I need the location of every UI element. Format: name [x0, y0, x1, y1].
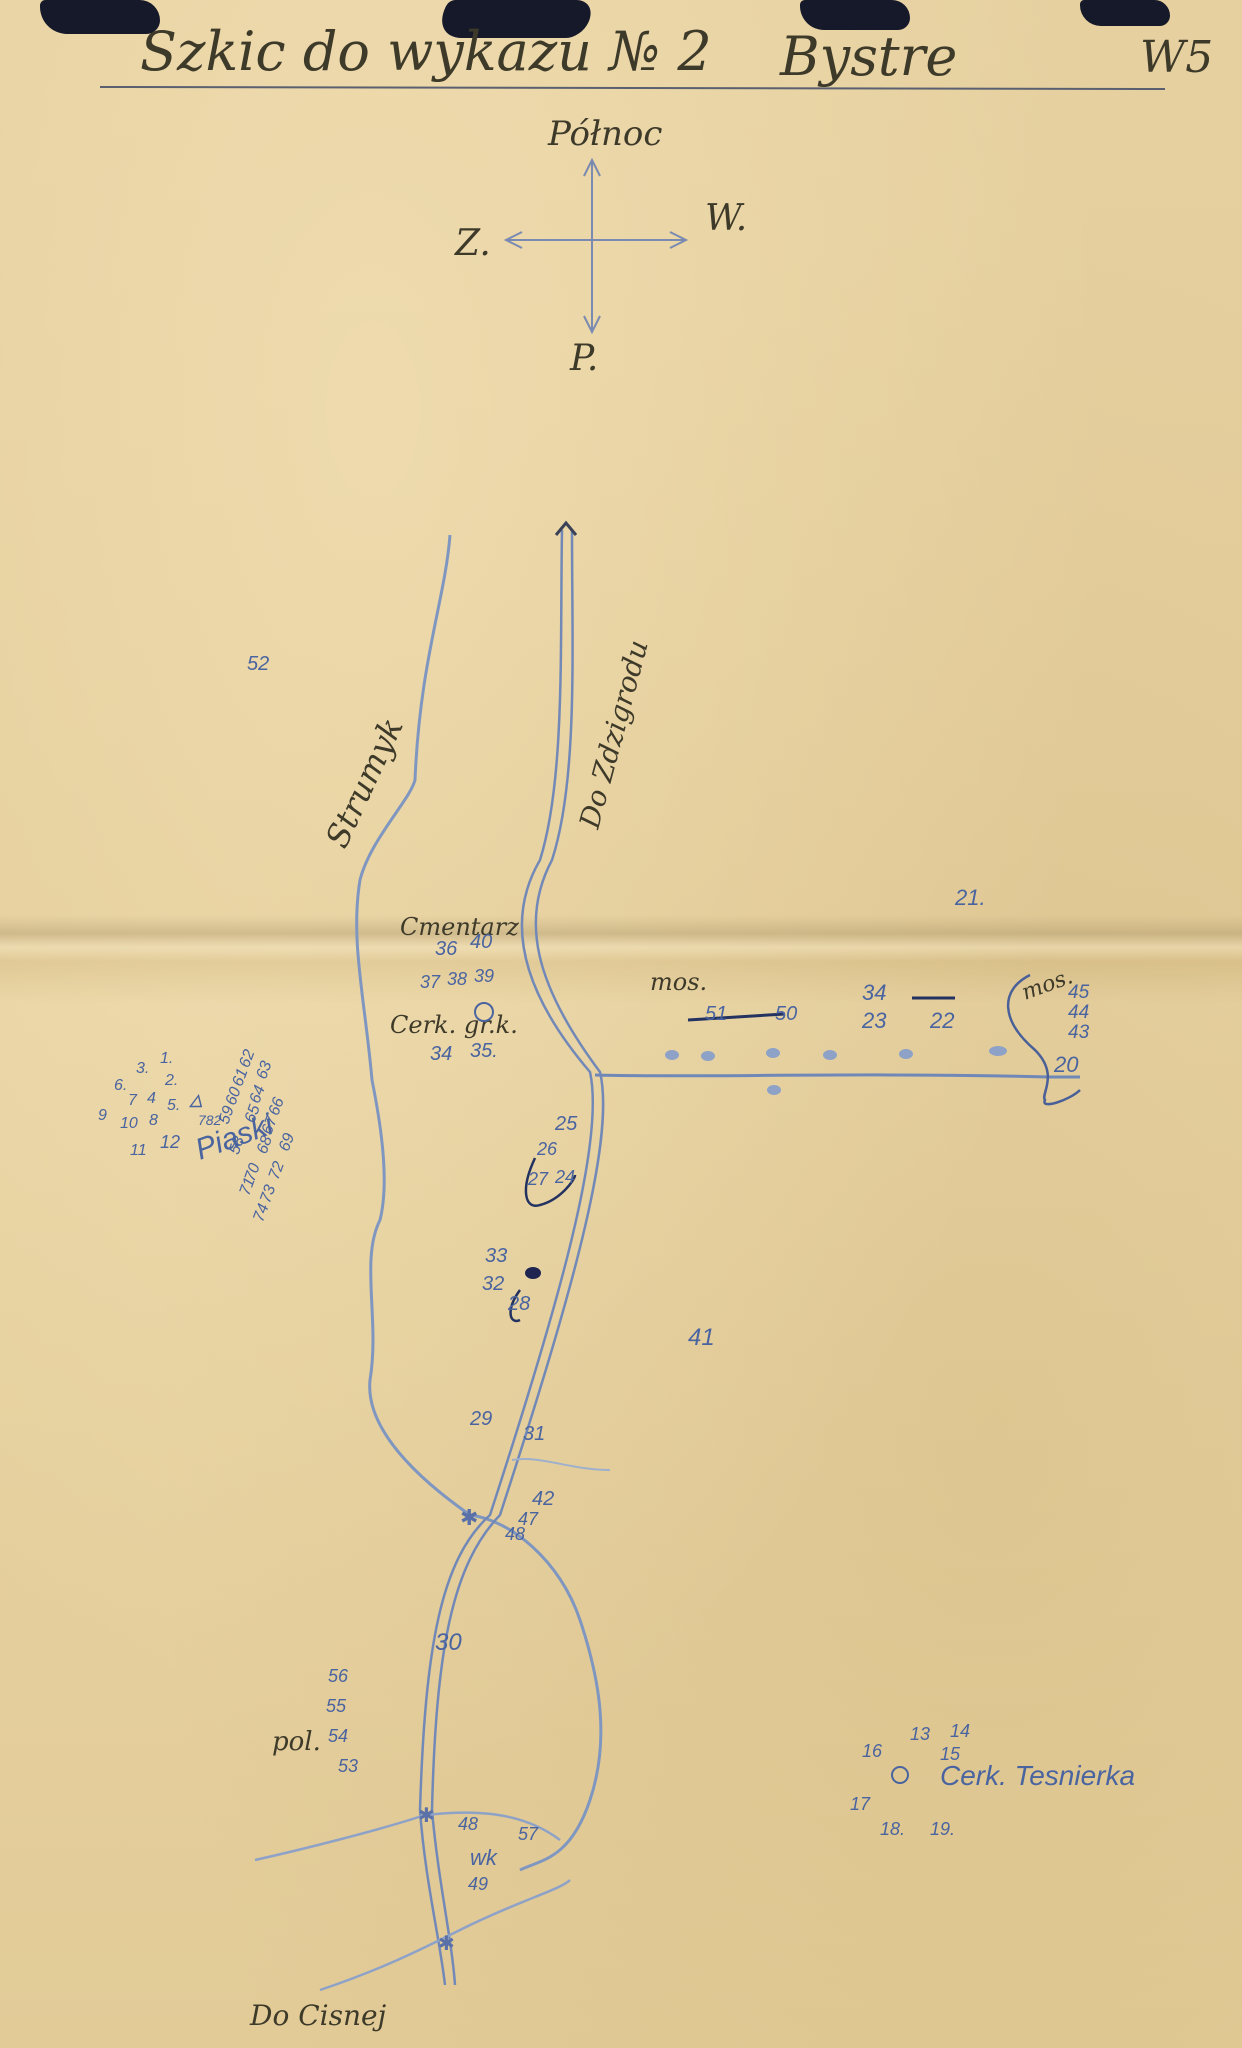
svg-text:55: 55 [326, 1696, 347, 1716]
svg-text:10: 10 [120, 1115, 138, 1132]
svg-text:12: 12 [160, 1132, 180, 1152]
sketch-map: Szkic do wykazu № 2 Bystre W5 Północ Z. … [0, 0, 1242, 2048]
svg-text:73: 73 [257, 1183, 279, 1206]
mos-top-label: mos. [650, 968, 707, 996]
crossing-mark-icon: ✱ [460, 1505, 478, 1530]
svg-text:50: 50 [775, 1003, 797, 1025]
svg-text:48: 48 [458, 1814, 478, 1834]
svg-text:11: 11 [130, 1142, 147, 1159]
compass-west: Z. [454, 223, 491, 264]
village-name: Bystre [779, 25, 957, 88]
svg-text:44: 44 [1068, 1002, 1089, 1023]
svg-text:64: 64 [247, 1083, 269, 1106]
svg-text:19.: 19. [930, 1819, 955, 1839]
main-road [420, 530, 603, 1985]
church-symbol-icon [892, 1767, 908, 1783]
tesnierka-label: Cerk. Tesnierka [940, 1760, 1135, 1791]
parcel-number: 41 [688, 1324, 715, 1351]
cemetery-label: Cmentarz [400, 913, 519, 941]
svg-text:△: △ [188, 1092, 203, 1109]
svg-text:51: 51 [705, 1003, 727, 1025]
svg-text:31: 31 [523, 1423, 545, 1445]
road-north-label: Do Zdzigrodu [573, 636, 655, 832]
parcel-number: 30 [435, 1629, 462, 1656]
svg-text:54: 54 [328, 1726, 348, 1746]
svg-text:66: 66 [266, 1095, 288, 1118]
svg-text:53: 53 [338, 1756, 358, 1776]
svg-text:3.: 3. [136, 1060, 149, 1077]
svg-text:13: 13 [910, 1724, 930, 1744]
svg-text:24: 24 [554, 1167, 575, 1187]
map-title: Szkic do wykazu № 2 [140, 20, 712, 83]
sheet-code: W5 [1140, 32, 1213, 83]
header-rule [100, 87, 1165, 89]
svg-text:8: 8 [149, 1112, 158, 1129]
svg-text:32: 32 [482, 1273, 504, 1295]
svg-text:56: 56 [328, 1666, 349, 1686]
svg-text:5.: 5. [167, 1097, 180, 1114]
svg-text:29: 29 [469, 1408, 492, 1430]
svg-text:20: 20 [1053, 1052, 1079, 1077]
compass-south: P. [569, 338, 598, 379]
wk-label: wk [470, 1845, 498, 1870]
svg-text:22: 22 [929, 1008, 954, 1033]
compass-rose-icon [506, 160, 686, 332]
compass-north: Północ [547, 114, 662, 154]
svg-text:28: 28 [507, 1293, 530, 1315]
svg-text:2.: 2. [164, 1072, 178, 1089]
svg-text:25: 25 [554, 1113, 578, 1135]
svg-text:9: 9 [98, 1107, 107, 1124]
svg-text:63: 63 [253, 1059, 275, 1082]
svg-text:61: 61 [229, 1066, 251, 1089]
strike-line [688, 1014, 785, 1020]
svg-text:6.: 6. [114, 1077, 127, 1094]
svg-text:62: 62 [236, 1047, 258, 1070]
east-road-numbers: 51 50 34 22 23 [705, 980, 954, 1033]
east-road [595, 1075, 1080, 1077]
svg-text:36: 36 [435, 938, 458, 960]
svg-text:48: 48 [505, 1524, 525, 1544]
road-arrow-icon [556, 523, 576, 535]
stream-label: Strumyk [318, 712, 411, 854]
svg-text:14: 14 [950, 1721, 970, 1741]
map-sheet: Szkic do wykazu № 2 Bystre W5 Północ Z. … [0, 0, 1242, 2048]
parcel-number: 52 [247, 653, 269, 675]
church-label: Cerk. gr.k. [390, 1011, 518, 1039]
svg-text:42: 42 [532, 1488, 554, 1510]
svg-text:34: 34 [862, 980, 886, 1005]
svg-text:23: 23 [861, 1008, 887, 1033]
svg-text:1.: 1. [160, 1050, 173, 1067]
svg-text:34: 34 [430, 1043, 452, 1065]
svg-text:18.: 18. [880, 1819, 905, 1839]
svg-text:17: 17 [850, 1794, 871, 1814]
parcel-number: 21. [954, 885, 986, 910]
svg-text:45: 45 [1068, 982, 1090, 1003]
bottom-stream [255, 1813, 560, 1860]
svg-text:49: 49 [468, 1874, 488, 1894]
svg-text:38: 38 [447, 969, 467, 989]
svg-text:69: 69 [276, 1131, 298, 1154]
svg-text:33: 33 [485, 1245, 507, 1267]
house-markers [665, 1046, 1007, 1095]
road-mid-numbers: 25 26 27 24 33 32 28 [482, 1113, 578, 1315]
crossing-mark-icon: ✱ [418, 1805, 435, 1827]
svg-text:15: 15 [940, 1744, 961, 1764]
side-stream [512, 1459, 610, 1470]
svg-text:72: 72 [266, 1159, 288, 1182]
svg-text:40: 40 [470, 931, 492, 953]
svg-text:39: 39 [474, 966, 494, 986]
svg-text:4: 4 [147, 1090, 156, 1107]
pol-label: pol. [272, 1727, 321, 1757]
svg-text:7: 7 [128, 1092, 138, 1109]
svg-text:57: 57 [518, 1824, 539, 1844]
svg-text:27: 27 [527, 1169, 549, 1189]
compass-east: W. [705, 198, 747, 239]
svg-text:43: 43 [1068, 1022, 1090, 1043]
east-end-numbers: 45 44 43 20 [1053, 982, 1090, 1077]
cemetery-numbers: 36 40 37 38 39 34 35. [420, 931, 498, 1065]
svg-text:16: 16 [862, 1741, 883, 1761]
ink-blot [525, 1267, 541, 1279]
svg-text:26: 26 [536, 1139, 558, 1159]
road-south-label: Do Cisnej [249, 1999, 387, 2032]
svg-text:35.: 35. [470, 1040, 498, 1062]
pol-numbers: 56 55 54 53 [326, 1666, 358, 1776]
crossing-mark-icon: ✱ [438, 1933, 455, 1955]
svg-text:37: 37 [420, 972, 441, 992]
